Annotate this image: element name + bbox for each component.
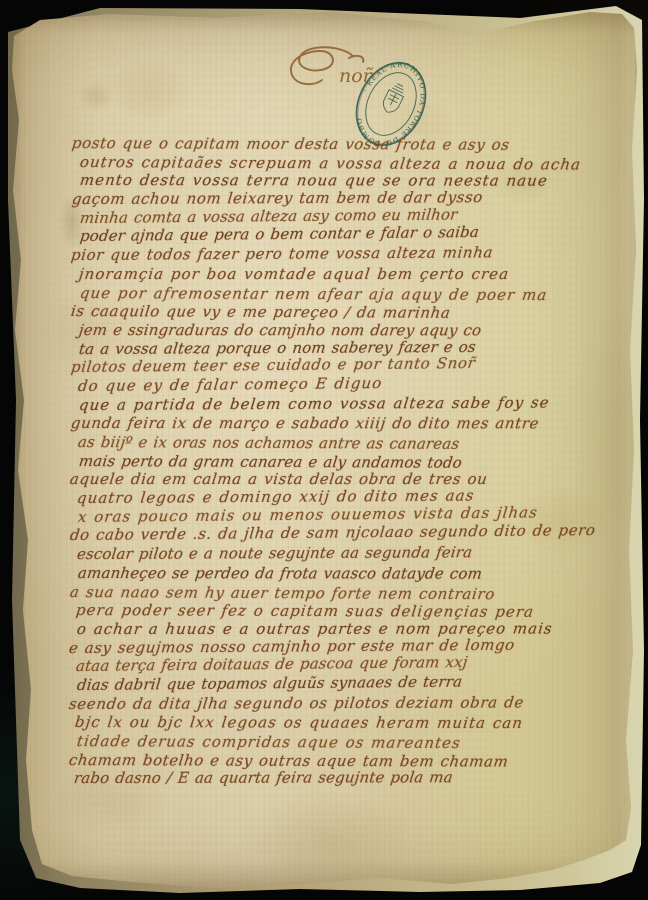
parchment-page: nor̃ · REAL ARCHIVO DA TORRE DO TOMBO <box>0 0 648 900</box>
photo-background: nor̃ · REAL ARCHIVO DA TORRE DO TOMBO <box>0 0 648 900</box>
edge-shading <box>0 0 648 900</box>
